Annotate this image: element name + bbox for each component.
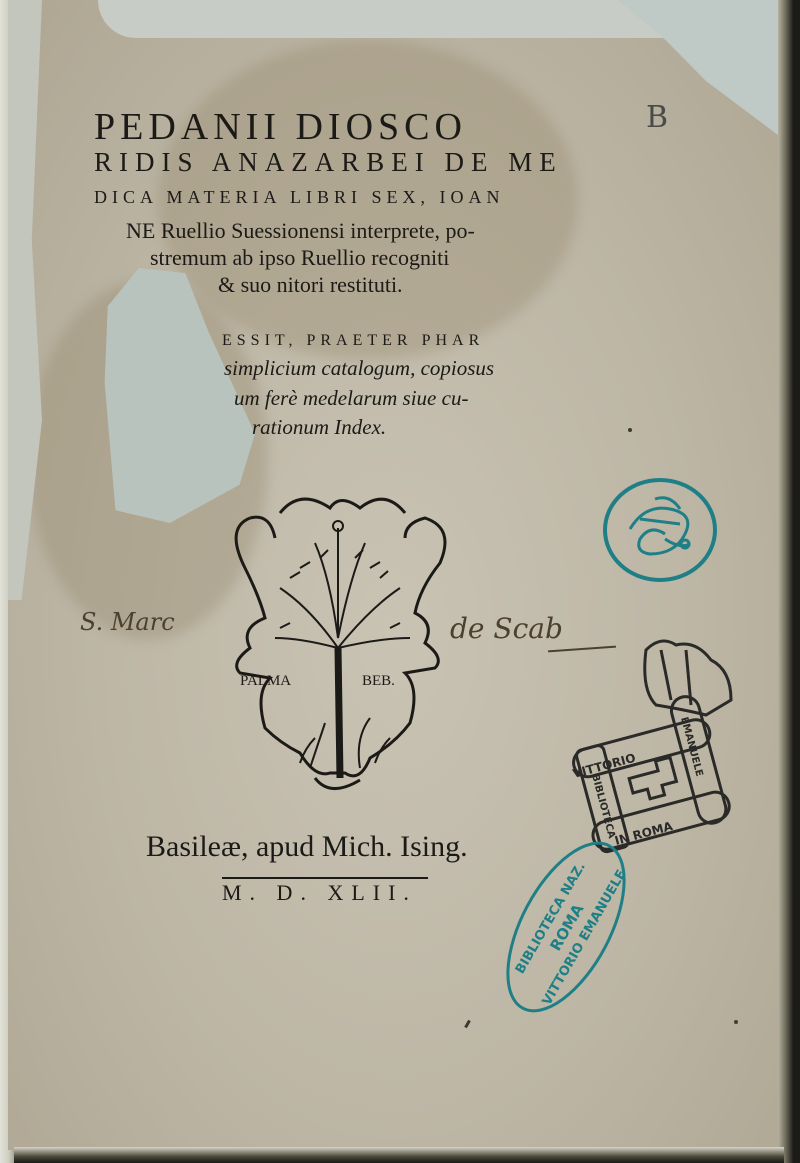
device-motto-right: BEB. bbox=[362, 673, 395, 689]
title-line-1: PEDANII DIOSCO bbox=[94, 105, 467, 149]
title-line-4: NE Ruellio Suessionensi interprete, po- bbox=[126, 218, 475, 244]
title-line-6: & suo nitori restituti. bbox=[218, 272, 403, 298]
round-monogram-stamp bbox=[600, 474, 720, 586]
imprint-rule bbox=[222, 877, 428, 879]
ink-speck bbox=[628, 428, 632, 432]
repair-patch-top bbox=[98, 0, 698, 38]
shelf-mark-letter: B bbox=[646, 100, 668, 135]
imprint-year: M. D. XLII. bbox=[222, 880, 417, 906]
ink-speck bbox=[734, 1020, 738, 1024]
manuscript-note-left: S. Marc bbox=[80, 608, 175, 636]
title-line-3: DICA MATERIA LIBRI SEX, IOAN bbox=[94, 187, 505, 208]
device-motto-left: PALMA bbox=[240, 673, 291, 689]
subtitle-line-3: um ferè medelarum siue cu- bbox=[234, 386, 468, 411]
subtitle-line-1: ESSIT, PRAETER PHAR bbox=[222, 332, 484, 350]
repair-patch-top-right bbox=[618, 0, 778, 135]
crown-library-stamp: VITTORIO IN ROMA BIBLIOTECA EMANUELE bbox=[536, 630, 746, 860]
printers-device-palm-cartouche: PALMA BEB. bbox=[220, 488, 460, 798]
page-edge-right bbox=[778, 0, 800, 1163]
title-line-2: RIDIS ANAZARBEI DE ME bbox=[94, 147, 563, 178]
subtitle-line-2: simplicium catalogum, copiosus bbox=[224, 356, 494, 381]
imprint-place-publisher: Basileæ, apud Mich. Ising. bbox=[146, 830, 468, 864]
title-line-5: stremum ab ipso Ruellio recogniti bbox=[150, 245, 449, 271]
page-edge-bottom bbox=[14, 1147, 784, 1163]
ink-speck bbox=[464, 1020, 471, 1028]
oval-library-stamp: BIBLIOTECA NAZ. ROMA VITTORIO EMANUELE bbox=[496, 835, 636, 1020]
subtitle-line-4: rationum Index. bbox=[252, 415, 386, 440]
title-page: B PEDANII DIOSCO RIDIS ANAZARBEI DE ME D… bbox=[8, 0, 782, 1150]
